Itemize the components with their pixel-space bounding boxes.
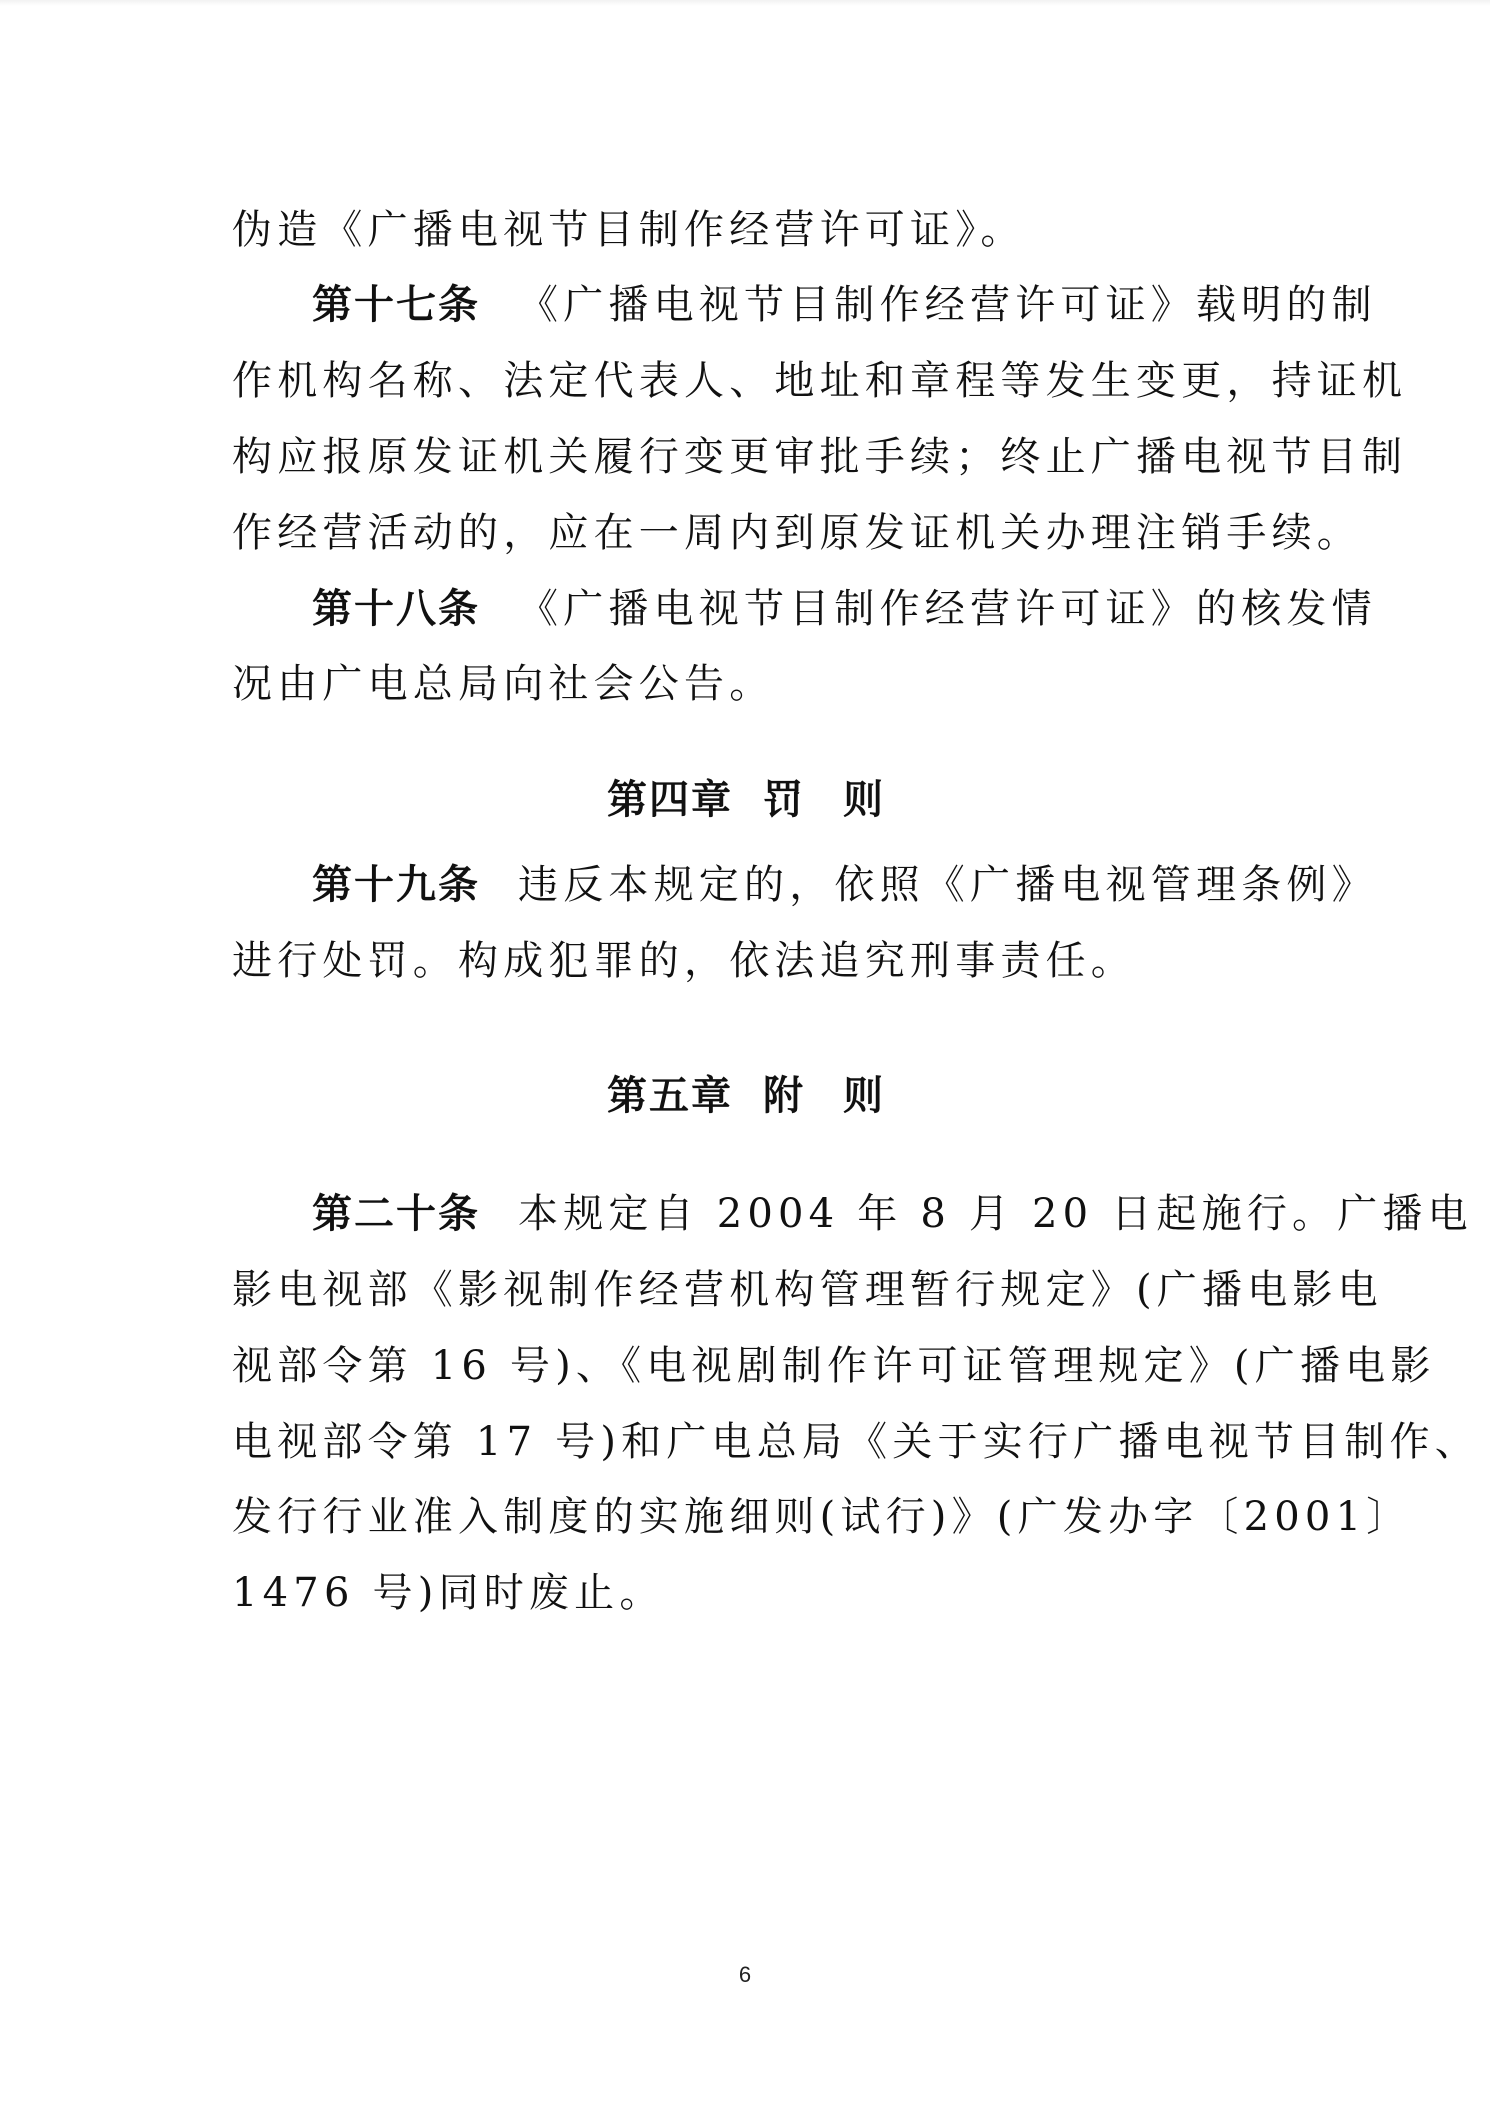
- article-19-text: 违反本规定的，依照《广播电视管理条例》: [518, 862, 1377, 908]
- continuation-text: 伪造《广播电视节目制作经营许可证》。: [232, 207, 1026, 253]
- article-20-text: 本规定自 2004 年 8 月 20 日起施行。广播电: [518, 1191, 1473, 1237]
- chapter-5-heading: 第五章附则: [0, 1066, 1490, 1126]
- article-19-label: 第十九条: [312, 862, 480, 908]
- article-19-line-2: 进行处罚。构成犯罪的，依法追究刑事责任。: [232, 931, 1262, 991]
- article-20-line-4: 电视部令第 17 号)和广电总局《关于实行广播电视节目制作、: [232, 1412, 1262, 1472]
- article-19-line-1: 第十九条违反本规定的，依照《广播电视管理条例》: [312, 855, 1342, 915]
- article-19-text: 进行处罚。构成犯罪的，依法追究刑事责任。: [232, 938, 1136, 984]
- page-number: 6: [0, 1962, 1490, 1988]
- article-20-text: 影电视部《影视制作经营机构管理暂行规定》(广播电影电: [232, 1267, 1383, 1313]
- article-20-line-2: 影电视部《影视制作经营机构管理暂行规定》(广播电影电: [232, 1260, 1262, 1320]
- document-page: 伪造《广播电视节目制作经营许可证》。 第十七条《广播电视节目制作经营许可证》载明…: [0, 0, 1490, 2107]
- article-20-label: 第二十条: [312, 1191, 480, 1237]
- article-17-text: 构应报原发证机关履行变更审批手续；终止广播电视节目制: [232, 434, 1407, 480]
- article-20-text: 1476 号)同时废止。: [232, 1570, 665, 1616]
- article-20-line-1: 第二十条本规定自 2004 年 8 月 20 日起施行。广播电: [312, 1184, 1342, 1244]
- article-17-label: 第十七条: [312, 282, 480, 328]
- article-20-line-5: 发行行业准入制度的实施细则(试行)》(广发办字〔2001〕: [232, 1487, 1262, 1547]
- article-17-text: 作经营活动的，应在一周内到原发证机关办理注销手续。: [232, 510, 1362, 556]
- article-18-text: 况由广电总局向社会公告。: [232, 661, 774, 707]
- article-17-line-2: 作机构名称、法定代表人、地址和章程等发生变更，持证机: [232, 351, 1262, 411]
- article-18-label: 第十八条: [312, 586, 480, 632]
- article-17-text: 《广播电视节目制作经营许可证》载明的制: [518, 282, 1377, 328]
- chapter-4-heading: 第四章罚则: [0, 770, 1490, 830]
- article-18-line-1: 第十八条《广播电视节目制作经营许可证》的核发情: [312, 579, 1342, 639]
- text-line: 伪造《广播电视节目制作经营许可证》。: [232, 200, 1262, 260]
- article-20-text: 电视部令第 17 号)和广电总局《关于实行广播电视节目制作、: [232, 1419, 1480, 1465]
- chapter-4-title: 罚则: [763, 777, 923, 823]
- article-17-line-1: 第十七条《广播电视节目制作经营许可证》载明的制: [312, 275, 1342, 335]
- article-17-line-3: 构应报原发证机关履行变更审批手续；终止广播电视节目制: [232, 427, 1262, 487]
- article-20-text: 发行行业准入制度的实施细则(试行)》(广发办字〔2001〕: [232, 1494, 1411, 1540]
- article-20-text: 视部令第 16 号)、《电视剧制作许可证管理规定》(广播电影: [232, 1343, 1436, 1389]
- chapter-4-number: 第四章: [607, 777, 733, 823]
- article-18-text: 《广播电视节目制作经营许可证》的核发情: [518, 586, 1377, 632]
- article-17-line-4: 作经营活动的，应在一周内到原发证机关办理注销手续。: [232, 503, 1262, 563]
- article-20-line-3: 视部令第 16 号)、《电视剧制作许可证管理规定》(广播电影: [232, 1336, 1262, 1396]
- article-17-text: 作机构名称、法定代表人、地址和章程等发生变更，持证机: [232, 358, 1407, 404]
- article-18-line-2: 况由广电总局向社会公告。: [232, 654, 1262, 714]
- chapter-5-title: 附则: [763, 1073, 923, 1119]
- article-20-line-6: 1476 号)同时废止。: [232, 1563, 1262, 1623]
- chapter-5-number: 第五章: [607, 1073, 733, 1119]
